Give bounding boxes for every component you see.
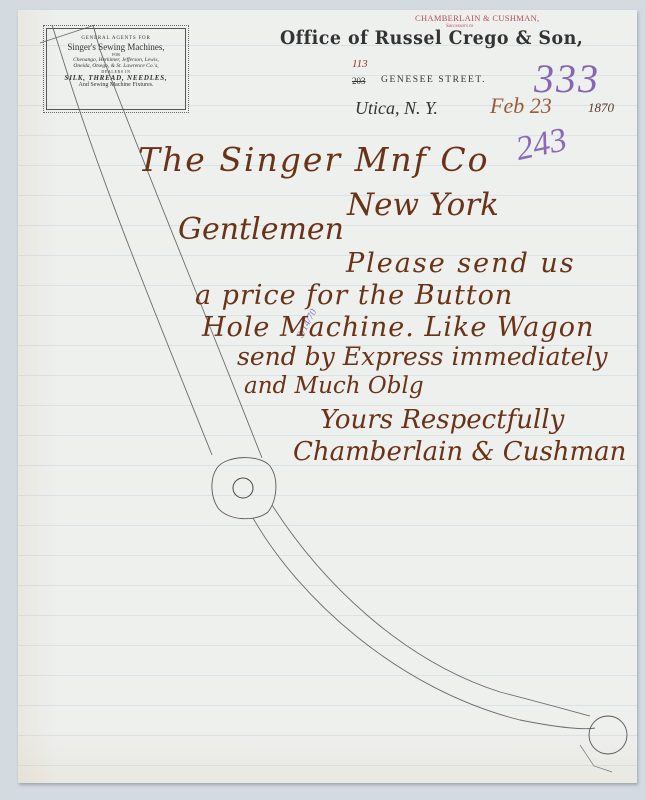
- agent-line-singer: Singer's Sewing Machines,: [47, 42, 185, 52]
- street-address: GENESEE STREET.: [381, 75, 486, 85]
- street-number-handwritten: 113: [352, 58, 368, 70]
- file-number-annotation: 333: [534, 55, 600, 102]
- agent-line-fixtures: And Sewing Machine Fixtures.: [47, 82, 185, 88]
- addressee-line: The Singer Mnf Co: [138, 140, 489, 179]
- body-line-2: a price for the Button: [195, 280, 513, 311]
- body-line-4: send by Express immediately: [237, 342, 608, 371]
- street-number-printed: 203: [352, 76, 366, 86]
- agent-line-goods: SILK, THREAD, NEEDLES,: [47, 74, 185, 82]
- signature: Chamberlain & Cushman: [293, 437, 626, 467]
- body-line-3: Hole Machine. Like Wagon: [202, 312, 594, 343]
- closing: Yours Respectfully: [320, 405, 564, 435]
- agent-advertisement-box: GENERAL AGENTS FOR Singer's Sewing Machi…: [46, 28, 186, 110]
- office-heading: Office of Russel Crego & Son,: [280, 27, 583, 49]
- agent-line-general-agents: GENERAL AGENTS FOR: [47, 36, 185, 41]
- letter-year: 1870: [588, 100, 614, 116]
- city-line: New York: [347, 187, 499, 223]
- successors-stamp: CHAMBERLAIN & CUSHMAN,: [415, 13, 539, 23]
- place-line: Utica, N. Y.: [355, 98, 438, 119]
- body-line-1: Please send us: [346, 248, 576, 279]
- body-line-5: and Much Oblg: [244, 373, 424, 399]
- salutation: Gentlemen: [178, 212, 344, 247]
